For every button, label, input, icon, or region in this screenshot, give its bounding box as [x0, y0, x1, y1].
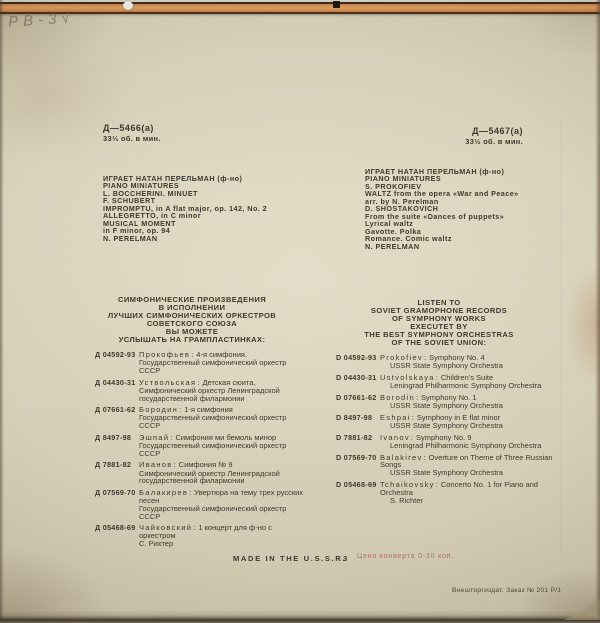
performer-name: Государственный симфонический оркестр СС… [139, 442, 307, 457]
record-description: Чайковский1 концерт для ф-но с оркестром… [139, 524, 307, 548]
symphony-heading-english: LISTEN TOSOVIET GRAMOPHONE RECORDSOF SYM… [328, 299, 550, 348]
performer-name: USSR State Symphony Orchestra [390, 362, 554, 370]
performer-name: Симфонический оркестр Ленинградской госу… [139, 470, 307, 485]
record-description: Бородин1-я симфония Государственный симф… [139, 406, 307, 430]
performer-name: USSR State Symphony Orchestra [390, 469, 554, 477]
record-catalog-number: Д 7881-82 [95, 461, 139, 485]
record-list-item: Д 07569-70 БалакиревУвертюра на тему тре… [95, 489, 307, 520]
record-catalog-number: Д 07661-62 [95, 406, 139, 430]
record-list-item: Д 04592-93 Прокофьев4-я симфония. Госуда… [95, 351, 307, 375]
sleeve-right-edge [595, 0, 600, 623]
performer-name: Leningrad Philharmonic Symphony Orchestr… [390, 442, 554, 450]
program-line: N. PERELMAN [103, 235, 293, 242]
record-list-item: D 7881-82 IvanovSymphony No. 9 Leningrad… [336, 434, 554, 450]
program-line: N. PERELMAN [365, 243, 540, 250]
record-catalog-number: Д 07569-70 [95, 489, 139, 520]
record-catalog-number: D 07661-62 [336, 394, 380, 410]
catalog-number-block-right: Д—5467(а) 33⅓ об. в мин. [420, 126, 523, 146]
record-description: TchaikovskyConcerto No. 1 for Piano and … [380, 481, 554, 505]
record-list-item: D 07569-70 BalakirevOverture on Theme of… [336, 454, 554, 478]
catalog-number-block-left: Д—5466(а) 33⅓ об. в мин. [103, 123, 161, 143]
record-list-item: Д 07661-62 Бородин1-я симфония Государст… [95, 406, 307, 430]
price-stamp: Цена конверта 0-30 коп. [357, 553, 454, 560]
performer-name: Симфонический оркестр Ленинградской госу… [139, 387, 307, 402]
record-catalog-number: Д 04592-93 [95, 351, 139, 375]
plate-number: 3 [343, 554, 347, 563]
made-in-label: MADE IN THE U.S.S.R. [233, 554, 346, 563]
record-description: ИвановСимфония № 9 Симфонический оркестр… [139, 461, 307, 485]
record-catalog-number: Д 04430-31 [95, 379, 139, 403]
record-list-item: D 04430-31 UstvolskayaChildren's Suite L… [336, 374, 554, 390]
record-list-russian: Д 04592-93 Прокофьев4-я симфония. Госуда… [95, 351, 307, 552]
record-description: UstvolskayaChildren's Suite Leningrad Ph… [380, 374, 554, 390]
record-catalog-number: D 05468-69 [336, 481, 380, 505]
record-description: BorodinSymphony No. 1 USSR State Symphon… [380, 394, 554, 410]
record-description: IvanovSymphony No. 9 Leningrad Philharmo… [380, 434, 554, 450]
performer-name: Государственный симфонический оркестр СС… [139, 414, 307, 429]
record-catalog-number: Д 8497-98 [95, 434, 139, 458]
performer-name: Государственный симфонический оркестр СС… [139, 359, 307, 374]
program-side-2: ИГРАЕТ НАТАН ПЕРЕЛЬМАН (ф-но)PIANO MINIA… [365, 168, 540, 250]
catalog-number: Д—5466(а) [103, 123, 161, 133]
record-description: ProkofievSymphony No. 4 USSR State Symph… [380, 354, 554, 370]
record-sleeve-back: РВ-3√ Д—5466(а) 33⅓ об. в мин. Д—5467(а)… [0, 0, 600, 623]
record-catalog-number: Д 05468-69 [95, 524, 139, 548]
record-description: БалакиревУвертюра на тему трех русских п… [139, 489, 307, 520]
performer-name: USSR State Symphony Orchestra [390, 402, 554, 410]
record-description: УствольскаяДетская сюита, Симфонический … [139, 379, 307, 403]
record-list-item: Д 05468-69 Чайковский1 концерт для ф-но … [95, 524, 307, 548]
program-side-1: ИГРАЕТ НАТАН ПЕРЕЛЬМАН (ф-но)PIANO MINIA… [103, 175, 293, 242]
record-description: ЭшпайСимфония ми бемоль минор Государств… [139, 434, 307, 458]
record-list-item: D 05468-69 TchaikovskyConcerto No. 1 for… [336, 481, 554, 505]
performer-name: S. Richter [390, 497, 554, 505]
record-speed: 33⅓ об. в мин. [103, 134, 161, 143]
performer-name: С. Рихтер [139, 540, 307, 548]
heading-line: УСЛЫШАТЬ НА ГРАМПЛАСТИНКАХ: [78, 336, 306, 344]
catalog-number: Д—5467(а) [420, 126, 523, 136]
ink-mark [333, 1, 340, 8]
performer-name: Leningrad Philharmonic Symphony Orchestr… [390, 382, 554, 390]
symphony-heading-russian: СИМФОНИЧЕСКИЕ ПРОИЗВЕДЕНИЯВ ИСПОЛНЕНИИЛУ… [78, 296, 306, 345]
record-catalog-number: D 04430-31 [336, 374, 380, 390]
record-list-item: Д 04430-31 УствольскаяДетская сюита, Сим… [95, 379, 307, 403]
record-description: BalakirevOverture on Theme of Three Russ… [380, 454, 554, 478]
publisher-imprint: Внешторгиздат. Заказ № 201 Р/1 [452, 587, 561, 594]
record-list-item: Д 7881-82 ИвановСимфония № 9 Симфоническ… [95, 461, 307, 485]
sleeve-left-edge [0, 0, 4, 623]
record-list-item: Д 8497-98 ЭшпайСимфония ми бемоль минор … [95, 434, 307, 458]
record-description: Прокофьев4-я симфония. Государственный с… [139, 351, 307, 375]
record-catalog-number: D 04592-93 [336, 354, 380, 370]
record-list-english: D 04592-93 ProkofievSymphony No. 4 USSR … [336, 354, 554, 509]
record-catalog-number: D 8497-98 [336, 414, 380, 430]
record-description: EshpaiSymphony in E flat minor USSR Stat… [380, 414, 554, 430]
record-list-item: D 04592-93 ProkofievSymphony No. 4 USSR … [336, 354, 554, 370]
performer-name: Государственный симфонический оркестр СС… [139, 505, 307, 520]
record-catalog-number: D 7881-82 [336, 434, 380, 450]
heading-line: OF THE SOVIET UNION: [328, 339, 550, 347]
record-catalog-number: D 07569-70 [336, 454, 380, 478]
performer-name: USSR State Symphony Orchestra [390, 422, 554, 430]
paper-crease [561, 120, 563, 553]
sleeve-bottom-edge [0, 610, 600, 623]
record-list-item: D 8497-98 EshpaiSymphony in E flat minor… [336, 414, 554, 430]
record-speed: 33⅓ об. в мин. [420, 137, 523, 146]
record-list-item: D 07661-62 BorodinSymphony No. 1 USSR St… [336, 394, 554, 410]
